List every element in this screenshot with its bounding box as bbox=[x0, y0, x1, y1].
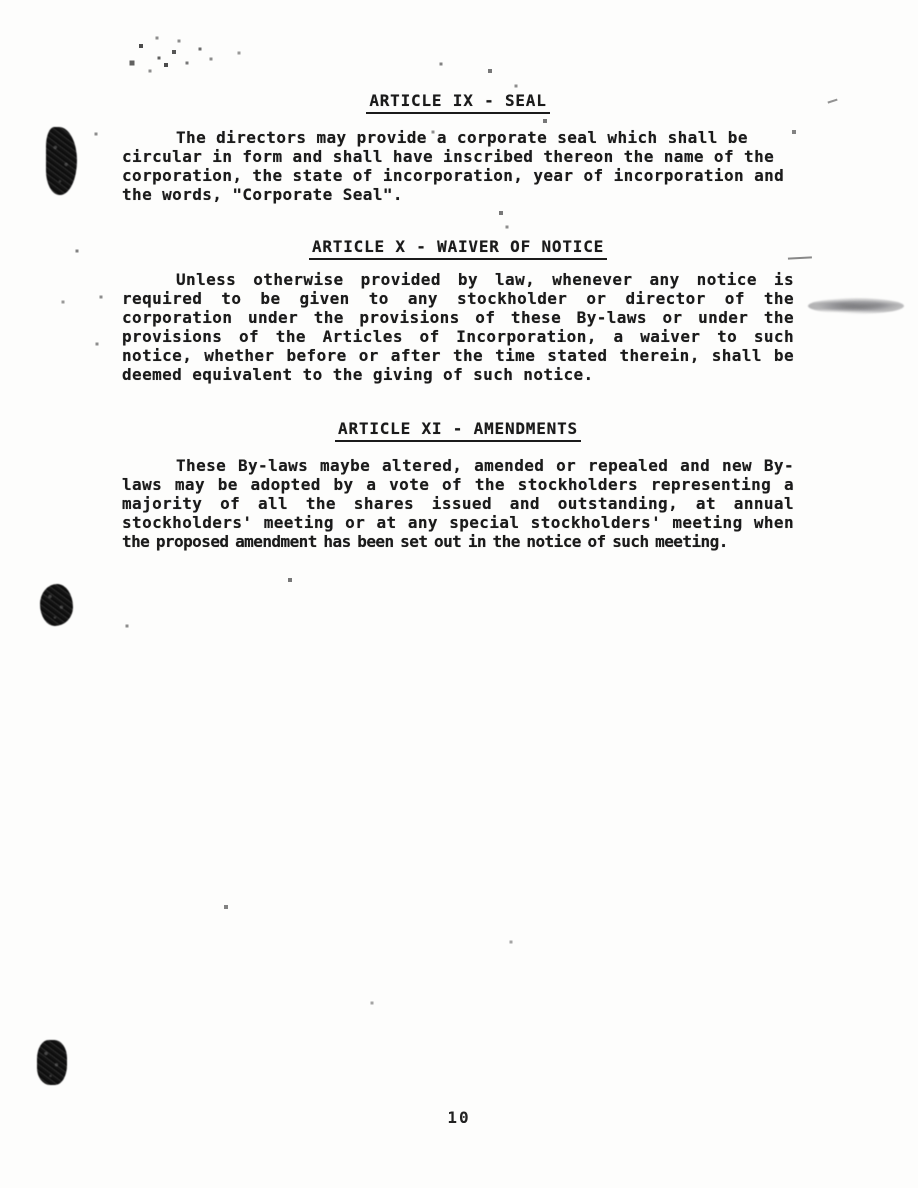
text-line: laws may be adopted by a vote of the sto… bbox=[122, 475, 794, 494]
section-article-ix: ARTICLE IX - SEAL The directors may prov… bbox=[122, 90, 794, 204]
text-line: The directors may provide a corporate se… bbox=[122, 128, 794, 147]
text-line: Unless otherwise provided by law, whenev… bbox=[122, 270, 794, 289]
text-line: corporation, the state of incorporation,… bbox=[122, 166, 794, 185]
text-line: majority of all the shares issued and ou… bbox=[122, 494, 794, 513]
scan-smudge bbox=[808, 298, 904, 314]
scan-noise-speckles bbox=[0, 0, 2, 2]
text-line: deemed equivalent to the giving of such … bbox=[122, 365, 794, 384]
scanned-document-page: ARTICLE IX - SEAL The directors may prov… bbox=[0, 0, 918, 1188]
section-heading-article-xi: ARTICLE XI - AMENDMENTS bbox=[122, 418, 794, 440]
section-heading-text: ARTICLE IX - SEAL bbox=[366, 90, 549, 114]
ink-blot-top bbox=[46, 127, 77, 195]
text-line: notice, whether before or after the time… bbox=[122, 346, 794, 365]
section-heading-text: ARTICLE XI - AMENDMENTS bbox=[335, 418, 581, 442]
section-heading-article-ix: ARTICLE IX - SEAL bbox=[122, 90, 794, 112]
paragraph-article-x: Unless otherwise provided by law, whenev… bbox=[122, 270, 794, 384]
paragraph-article-ix: The directors may provide a corporate se… bbox=[122, 128, 794, 204]
text-line: provisions of the Articles of Incorporat… bbox=[122, 327, 794, 346]
section-article-x: ARTICLE X - WAIVER OF NOTICE Unless othe… bbox=[122, 236, 794, 384]
text-line: the words, "Corporate Seal". bbox=[122, 185, 794, 204]
text-line: circular in form and shall have inscribe… bbox=[122, 147, 794, 166]
text-line: These By-laws maybe altered, amended or … bbox=[122, 456, 794, 475]
paragraph-article-xi: These By-laws maybe altered, amended or … bbox=[122, 456, 794, 551]
ink-blot-middle bbox=[40, 584, 73, 626]
section-heading-article-x: ARTICLE X - WAIVER OF NOTICE bbox=[122, 236, 794, 258]
section-heading-text: ARTICLE X - WAIVER OF NOTICE bbox=[309, 236, 607, 260]
page-number: 10 bbox=[0, 1108, 918, 1127]
text-line: the proposed amendment has been set out … bbox=[122, 532, 794, 551]
ink-blot-bottom bbox=[37, 1040, 67, 1085]
text-line: stockholders' meeting or at any special … bbox=[122, 513, 794, 532]
scan-dash-mark-small bbox=[827, 99, 838, 107]
text-line: corporation under the provisions of thes… bbox=[122, 308, 794, 327]
text-line: required to be given to any stockholder … bbox=[122, 289, 794, 308]
typed-text-column: ARTICLE IX - SEAL The directors may prov… bbox=[122, 90, 794, 551]
section-article-xi: ARTICLE XI - AMENDMENTS These By-laws ma… bbox=[122, 418, 794, 551]
